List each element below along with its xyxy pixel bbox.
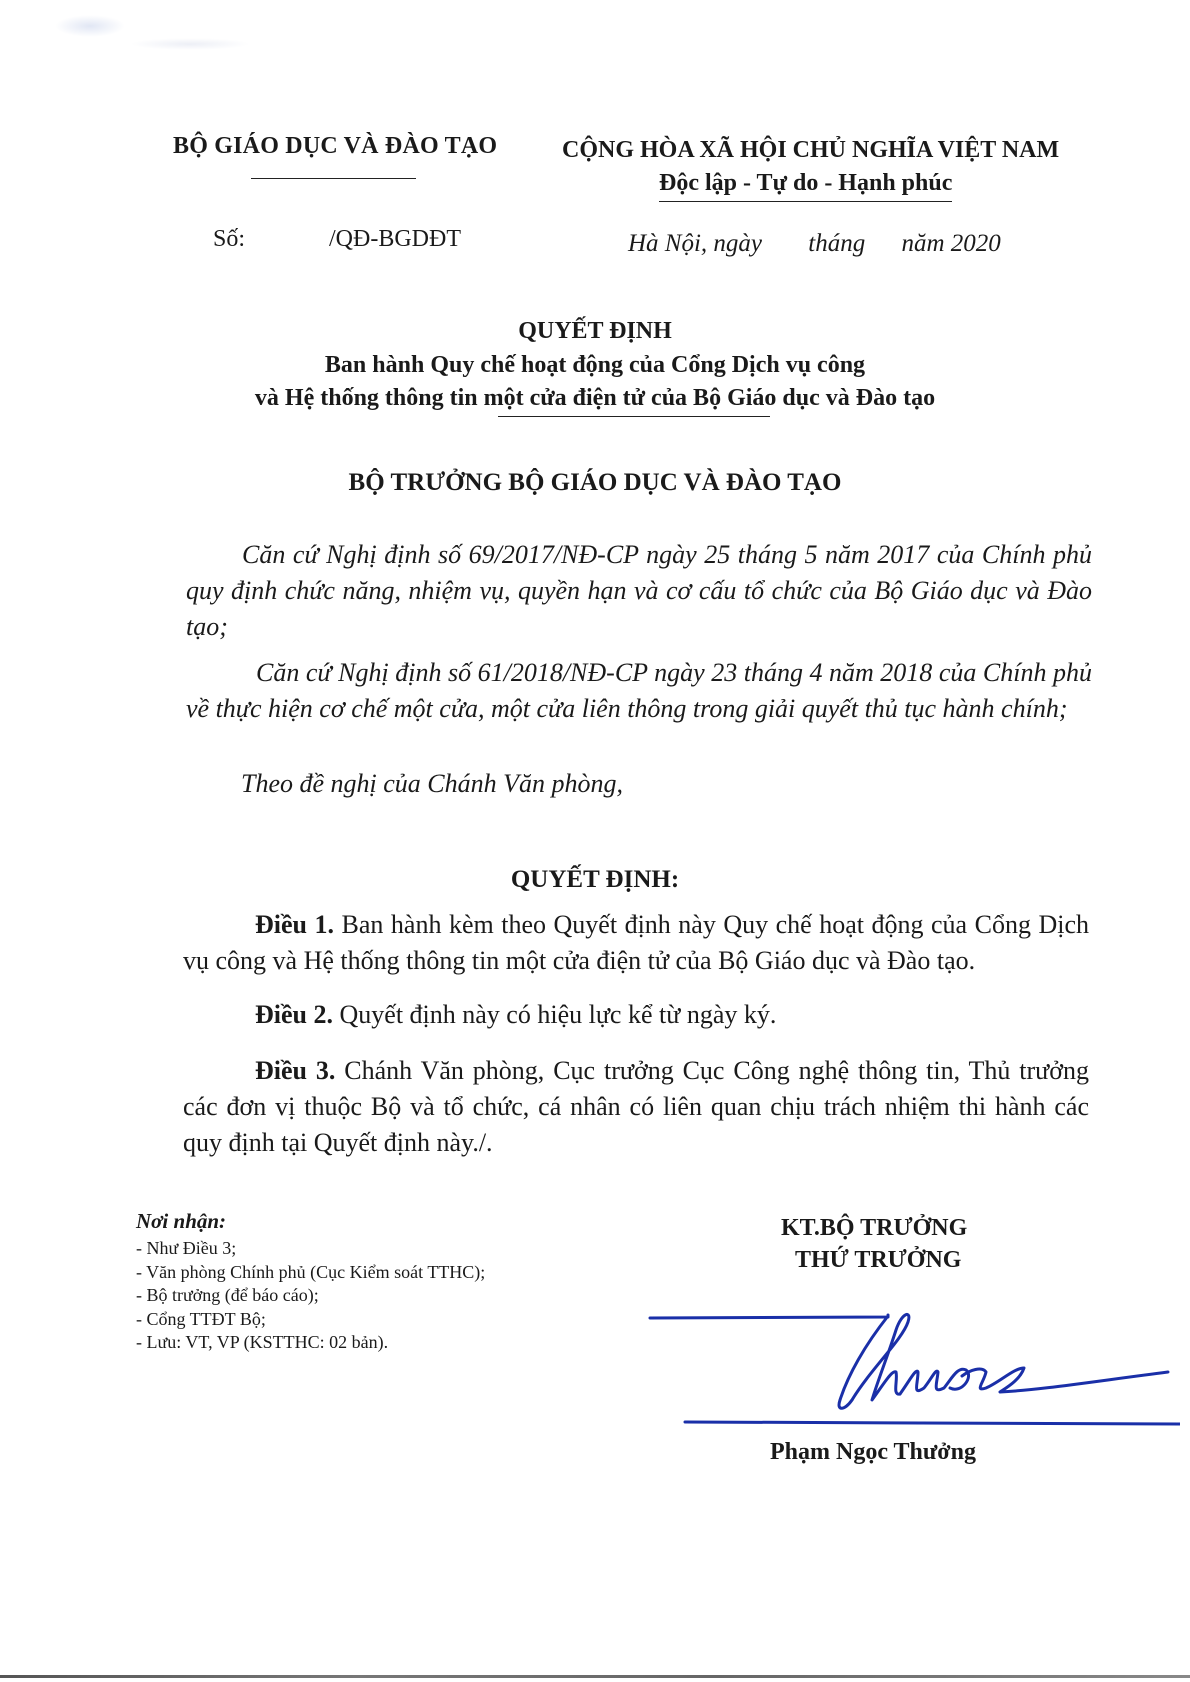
issuing-agency: BỘ GIÁO DỤC VÀ ĐÀO TẠO bbox=[173, 133, 497, 160]
legal-basis-1: Căn cứ Nghị định số 69/2017/NĐ-CP ngày 2… bbox=[186, 537, 1092, 645]
proposal-line: Theo đề nghị của Chánh Văn phòng, bbox=[241, 769, 623, 799]
document-subtitle-line2: và Hệ thống thông tin một cửa điện tử củ… bbox=[0, 385, 1190, 412]
document-title: QUYẾT ĐỊNH bbox=[0, 318, 1190, 345]
document-number: /QĐ-BGDĐT bbox=[329, 226, 461, 253]
article-label: Điều 2. bbox=[255, 1000, 333, 1029]
place-date-city-day: Hà Nội, ngày bbox=[628, 230, 762, 258]
handwritten-signature bbox=[640, 1300, 1180, 1430]
article-3: Điều 3. Chánh Văn phòng, Cục trưởng Cục … bbox=[183, 1053, 1089, 1161]
recipients-title: Nơi nhận: bbox=[136, 1209, 226, 1234]
place-date-month: tháng bbox=[808, 230, 865, 258]
scan-bottom-edge bbox=[0, 1675, 1190, 1678]
agency-underline bbox=[251, 178, 416, 179]
article-text: Quyết định này có hiệu lực kể từ ngày ký… bbox=[333, 1000, 776, 1029]
subtitle-underline bbox=[498, 416, 770, 417]
legal-basis-2: Căn cứ Nghị định số 61/2018/NĐ-CP ngày 2… bbox=[186, 655, 1092, 727]
article-label: Điều 1. bbox=[255, 910, 334, 939]
decision-heading: QUYẾT ĐỊNH: bbox=[0, 866, 1190, 894]
place-date: Hà Nội, ngày tháng năm 2020 bbox=[628, 230, 1001, 258]
signer-title-line2: THỨ TRƯỞNG bbox=[795, 1247, 961, 1274]
signer-title-line1: KT.BỘ TRƯỞNG bbox=[781, 1215, 967, 1242]
recipients-list: - Như Điều 3; - Văn phòng Chính phủ (Cục… bbox=[136, 1237, 485, 1355]
recipient-item: - Văn phòng Chính phủ (Cục Kiểm soát TTH… bbox=[136, 1261, 485, 1285]
document-number-label: Số: bbox=[213, 226, 245, 253]
recipient-item: - Như Điều 3; bbox=[136, 1237, 485, 1261]
recipient-item: - Lưu: VT, VP (KSTTHC: 02 bản). bbox=[136, 1331, 485, 1355]
recipient-item: - Cổng TTĐT Bộ; bbox=[136, 1308, 485, 1332]
article-1: Điều 1. Ban hành kèm theo Quyết định này… bbox=[183, 907, 1089, 979]
scan-smudge bbox=[55, 15, 125, 37]
recipient-item: - Bộ trưởng (để báo cáo); bbox=[136, 1284, 485, 1308]
national-motto: Độc lập - Tự do - Hạnh phúc bbox=[659, 170, 952, 202]
place-date-year: năm 2020 bbox=[901, 230, 1000, 258]
issuing-authority: BỘ TRƯỞNG BỘ GIÁO DỤC VÀ ĐÀO TẠO bbox=[0, 469, 1190, 497]
scan-smudge bbox=[130, 38, 250, 50]
article-label: Điều 3. bbox=[255, 1056, 335, 1085]
national-title: CỘNG HÒA XÃ HỘI CHỦ NGHĨA VIỆT NAM bbox=[562, 137, 1059, 164]
article-2: Điều 2. Quyết định này có hiệu lực kể từ… bbox=[183, 997, 1089, 1033]
signer-name: Phạm Ngọc Thưởng bbox=[770, 1439, 976, 1466]
document-subtitle-line1: Ban hành Quy chế hoạt động của Cổng Dịch… bbox=[0, 352, 1190, 379]
